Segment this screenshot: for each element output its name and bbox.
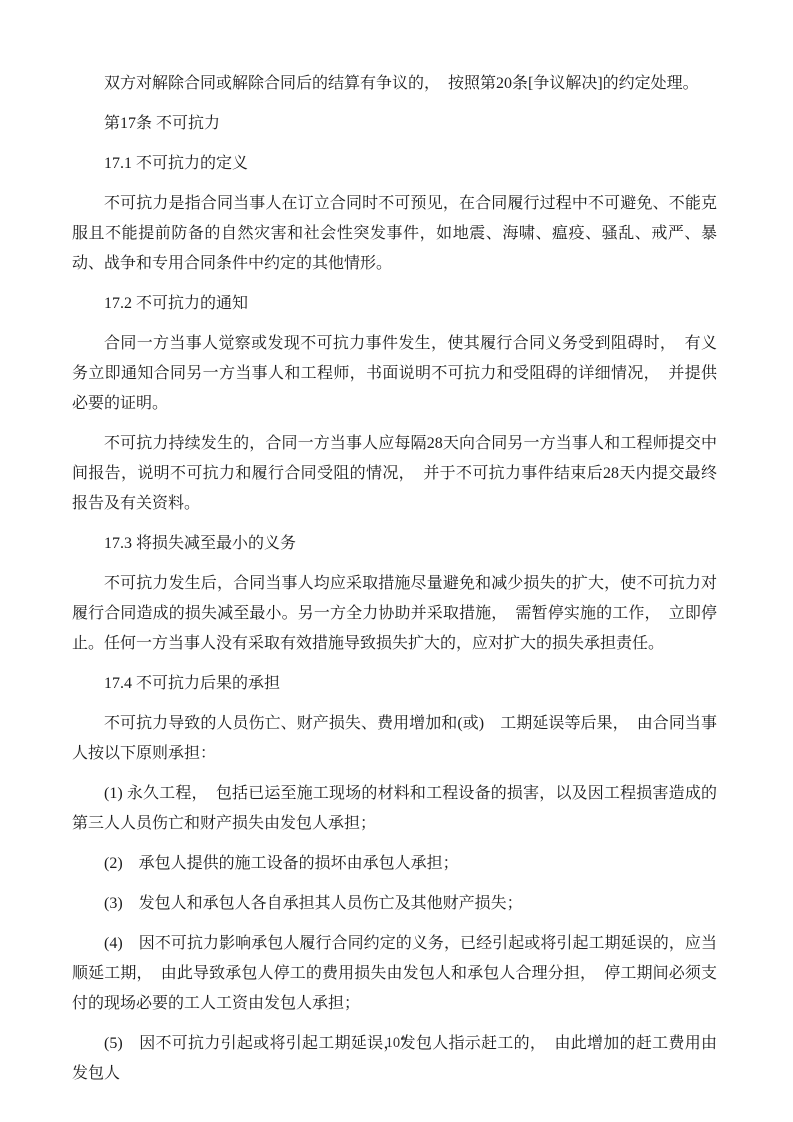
clause-17-2-heading: 17.2 不可抗力的通知 [72, 289, 717, 319]
document-page: 双方对解除合同或解除合同后的结算有争议的， 按照第20条[争议解决]的约定处理。… [0, 0, 793, 1122]
clause-17-2-body-1: 合同一方当事人觉察或发现不可抗力事件发生，使其履行合同义务受到阻碍时， 有义务立… [72, 329, 717, 419]
clause-17-4-item-3: (3) 发包人和承包人各自承担其人员伤亡及其他财产损失； [72, 889, 717, 919]
clause-17-4-item-2: (2) 承包人提供的施工设备的损坏由承包人承担； [72, 849, 717, 879]
article-17-heading: 第17条 不可抗力 [72, 109, 717, 139]
clause-17-4-intro: 不可抗力导致的人员伤亡、财产损失、费用增加和(或) 工期延误等后果， 由合同当事… [72, 709, 717, 769]
paragraph-settlement-dispute: 双方对解除合同或解除合同后的结算有争议的， 按照第20条[争议解决]的约定处理。 [72, 69, 717, 99]
clause-17-4-item-1: (1) 永久工程， 包括已运至施工现场的材料和工程设备的损害，以及因工程损害造成… [72, 779, 717, 839]
clause-17-4-heading: 17.4 不可抗力后果的承担 [72, 669, 717, 699]
clause-17-1-heading: 17.1 不可抗力的定义 [72, 149, 717, 179]
contract-text: 双方对解除合同或解除合同后的结算有争议的， 按照第20条[争议解决]的约定处理。… [72, 69, 717, 1099]
clause-17-3-heading: 17.3 将损失减至最小的义务 [72, 529, 717, 559]
page-number: 107 [0, 1033, 793, 1053]
clause-17-2-body-2: 不可抗力持续发生的，合同一方当事人应每隔28天向合同另一方当事人和工程师提交中间… [72, 429, 717, 519]
clause-17-4-item-4: (4) 因不可抗力影响承包人履行合同约定的义务，已经引起或将引起工期延误的，应当… [72, 929, 717, 1019]
clause-17-1-body: 不可抗力是指合同当事人在订立合同时不可预见，在合同履行过程中不可避免、不能克服且… [72, 189, 717, 279]
clause-17-3-body: 不可抗力发生后，合同当事人均应采取措施尽量避免和减少损失的扩大，使不可抗力对履行… [72, 569, 717, 659]
